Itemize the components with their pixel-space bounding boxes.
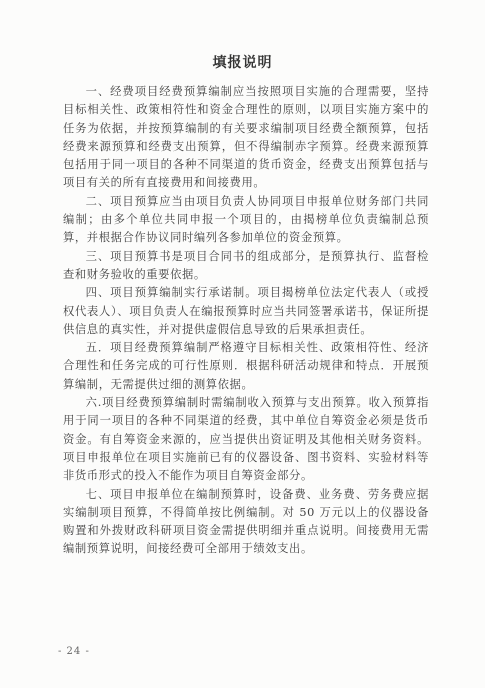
page-number: - 24 - [58,646,90,657]
paragraph-1: 一、经费项目经费预算编制应当按照项目实施的合理需要，坚持目标相关性、政策相符性和… [63,83,429,193]
paragraph-7: 七、项目申报单位在编制预算时，设备费、业务费、劳务费应据实编制项目预算，不得简单… [63,486,429,559]
paragraph-6: 六.项目经费预算编制时需编制收入预算与支出预算。收入预算指用于同一项目的各种不同… [63,394,429,485]
document-title: 填报说明 [0,52,485,72]
paragraph-5: 五．项目经费预算编制严格遵守目标相关性、政策相符性、经济合理性和任务完成的可行性… [63,339,429,394]
document-body: 一、经费项目经费预算编制应当按照项目实施的合理需要，坚持目标相关性、政策相符性和… [63,83,429,559]
paragraph-2: 二、项目预算应当由项目负责人协同项目申报单位财务部门共同编制；由多个单位共同申报… [63,193,429,248]
paragraph-3: 三、项目预算书是项目合同书的组成部分，是预算执行、监督检查和财务验收的重要依据。 [63,248,429,285]
document-page: 填报说明 一、经费项目经费预算编制应当按照项目实施的合理需要，坚持目标相关性、政… [0,0,485,688]
paragraph-4: 四、项目预算编制实行承诺制。项目揭榜单位法定代表人（或授权代表人）、项目负责人在… [63,284,429,339]
